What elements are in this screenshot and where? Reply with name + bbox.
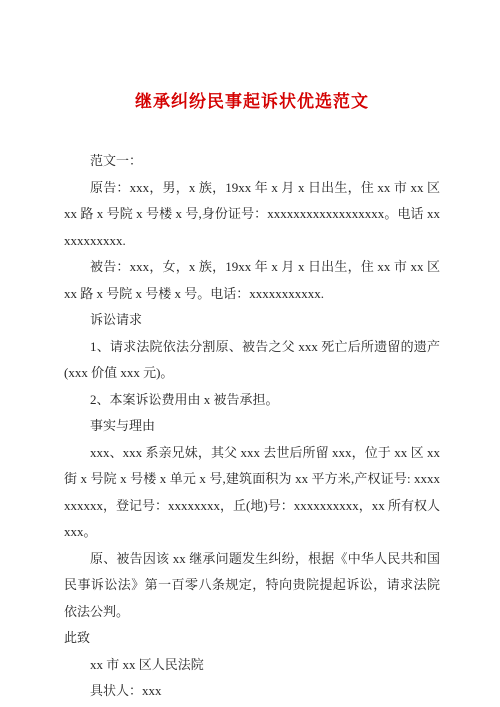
plaintiff-info-paragraph: 原告：xxx，男，x 族，19xx 年 x 月 x 日出生，住 xx 市 xx … bbox=[64, 175, 440, 255]
facts-paragraph-2: 原、被告因该 xx 继承问题发生纠纷，根据《中华人民共和国民事诉讼法》第一百零八… bbox=[64, 546, 440, 626]
facts-section-heading: 事实与理由 bbox=[64, 413, 440, 440]
petitioner-line: 具状人：xxx bbox=[64, 678, 440, 705]
defendant-info-paragraph: 被告：xxx，女，x 族，19xx 年 x 月 x 日出生，住 xx 市 xx … bbox=[64, 254, 440, 307]
claim-item-1: 1、请求法院依法分割原、被告之父 xxx 死亡后所遗留的遗产(xxx 价值 xx… bbox=[64, 334, 440, 387]
salutation-line: 此致 bbox=[64, 625, 440, 652]
sample-one-label: 范文一： bbox=[64, 148, 440, 175]
document-title: 继承纠纷民事起诉状优选范文 bbox=[64, 90, 440, 114]
court-name-line: xx 市 xx 区人民法院 bbox=[64, 652, 440, 679]
document-page: 继承纠纷民事起诉状优选范文 范文一： 原告：xxx，男，x 族，19xx 年 x… bbox=[0, 0, 500, 707]
claim-item-2: 2、本案诉讼费用由 x 被告承担。 bbox=[64, 387, 440, 414]
facts-paragraph-1: xxx、xxx 系亲兄妹，其父 xxx 去世后所留 xxx，位于 xx 区 xx… bbox=[64, 440, 440, 546]
claims-section-heading: 诉讼请求 bbox=[64, 307, 440, 334]
